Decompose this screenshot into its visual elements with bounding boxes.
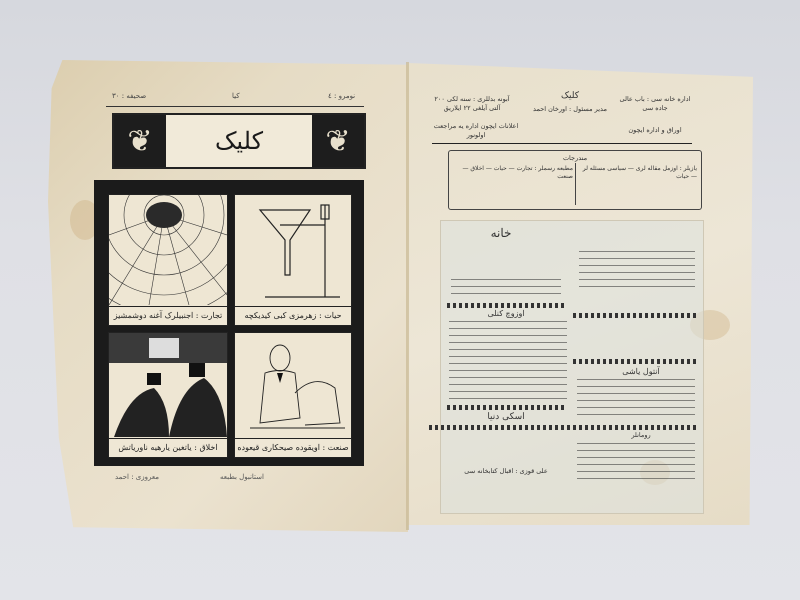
cartoon-panel-funnel: حیات : زهرمزی کبی کیدیکچه دارالیور: [234, 194, 352, 326]
cartoon-panel-two-men: اخلاق : یاتغین یارهیه ناوریاتش: [108, 332, 228, 458]
contents-right-column: یازیلر : اوزمل مقاله لری — سیاسی مسئله ل…: [579, 165, 697, 181]
admin-info: اوراق و اداره ایچون: [615, 126, 695, 135]
right-masthead-title: کلیک: [530, 92, 610, 101]
editor-info: مدیر مسئول : اورخان احمد: [525, 105, 615, 114]
header-rule: [432, 143, 692, 144]
section-heading: اسکی دنیا: [471, 413, 541, 422]
cartoon-panel-sleeping-man: صنعت : اویقوده صیحکاری قیعوده: [234, 332, 352, 458]
text-block: [577, 379, 695, 419]
sleeping-man-illustration: [235, 333, 351, 437]
ornament-divider: [447, 303, 567, 308]
text-block: [577, 443, 695, 485]
cartoon-panel-spiderweb: تجارت : اجنبیلرک آغنه دوشمشیز: [108, 194, 228, 326]
panel-caption: صنعت : اویقوده صیحکاری قیعوده: [235, 438, 351, 457]
butterfly-ornament-icon: ❦: [114, 115, 166, 167]
contents-title: مندرجات: [449, 154, 701, 162]
text-block: [449, 321, 567, 399]
section-heading: آنتول یاشی: [606, 367, 676, 376]
text-block: [451, 279, 561, 299]
ornament-divider: [447, 405, 567, 410]
contents-divider: [575, 163, 576, 205]
section-heading: رومانلر: [606, 431, 676, 440]
ornament-divider: [429, 425, 699, 430]
advert-info: اعلانات ایچون اداره یه مراجعت اولونور: [432, 122, 520, 140]
contents-box: مندرجات مطبعه رسملر : تجارت — حیات — اخل…: [448, 150, 702, 210]
subscription-info: آبونه بدللری : سنه لکی ٢٠٠ آلتی آیلغی ٢٢…: [432, 95, 512, 113]
panel-caption: حیات : زهرمزی کبی کیدیکچه دارالیور: [235, 306, 351, 325]
spiderweb-illustration: [109, 195, 227, 305]
supplement-plate: خانه اوزوچ کنلی اسکی دنیا علی قوزی : اقب…: [440, 220, 704, 514]
page-number: صحیفه : ٣٠: [112, 92, 146, 100]
footer-print: استانبول بطبعه: [220, 473, 264, 481]
masthead: ❦ کلیک ❦: [112, 113, 366, 169]
header-center: کیا: [232, 92, 240, 100]
contents-left-column: مطبعه رسملر : تجارت — حیات — اخلاق — صنع…: [455, 165, 573, 181]
office-info: اداره خانه سی : باب عالی جاده سی: [615, 95, 695, 113]
butterfly-ornament-icon: ❦: [312, 115, 364, 167]
two-men-illustration: [109, 333, 227, 437]
footer-publisher: معروزی : احمد: [115, 473, 159, 481]
text-block: [579, 251, 695, 291]
ornament-divider: [573, 359, 698, 364]
cartoon-frame: تجارت : اجنبیلرک آغنه دوشمشیز حیات : زهر…: [94, 180, 364, 466]
plate-footer: علی قوزی : اقبال کتابخانه سی: [451, 467, 561, 476]
funnel-illustration: [235, 195, 351, 305]
issue-number: نومرو : ٤: [328, 92, 355, 100]
section-heading: اوزوچ کنلی: [471, 309, 541, 318]
ornament-divider: [573, 313, 698, 318]
masthead-title: کلیک: [166, 115, 312, 167]
panel-caption: تجارت : اجنبیلرک آغنه دوشمشیز: [109, 306, 227, 325]
spine: [406, 62, 409, 530]
panel-caption: اخلاق : یاتغین یارهیه ناوریاتش: [109, 438, 227, 457]
header-rule: [106, 106, 364, 107]
plate-emblem: خانه: [481, 229, 521, 238]
